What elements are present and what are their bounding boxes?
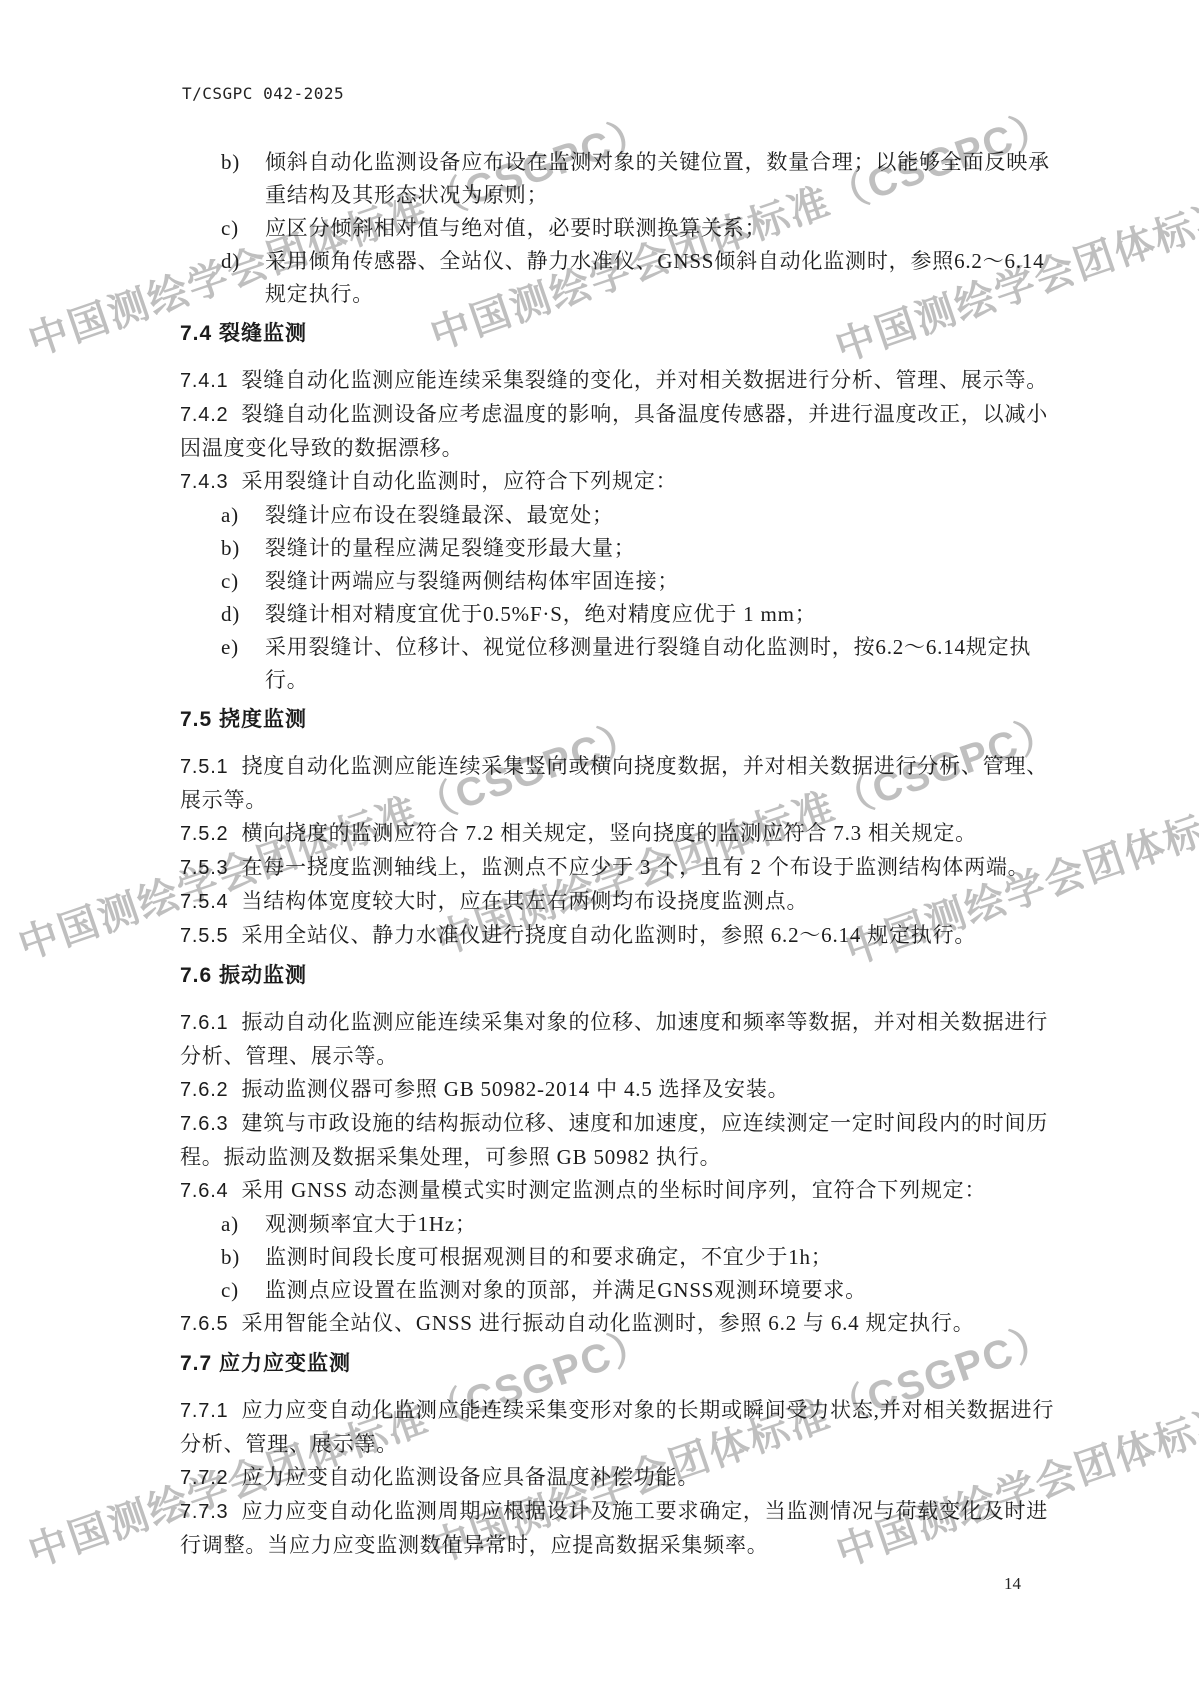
list-item-label: a) xyxy=(221,499,239,532)
clause-text: 当结构体宽度较大时，应在其左右两侧均布设挠度监测点。 xyxy=(241,889,808,913)
list-item-text: 裂缝计的量程应满足裂缝变形最大量； xyxy=(265,536,636,560)
clause: 7.6.3建筑与市政设施的结构振动位移、速度和加速度，应连续测定一定时间段内的时… xyxy=(180,1107,1055,1174)
list-item-label: a) xyxy=(221,1208,239,1241)
clause-text: 裂缝自动化监测设备应考虑温度的影响，具备温度传感器，并进行温度改正，以减小因温度… xyxy=(180,402,1048,460)
list-item-label: e) xyxy=(221,631,239,664)
clause: 7.5.2横向挠度的监测应符合 7.2 相关规定，竖向挠度的监测应符合 7.3 … xyxy=(180,817,1055,851)
list-item-text: 裂缝计应布设在裂缝最深、最宽处； xyxy=(265,503,614,527)
list-item-text: 采用裂缝计、位移计、视觉位移测量进行裂缝自动化监测时，按6.2～6.14规定执行… xyxy=(265,635,1031,692)
list-item-text: 倾斜自动化监测设备应布设在监测对象的关键位置，数量合理；以能够全面反映承重结构及… xyxy=(265,150,1050,207)
clause-text: 应力应变自动化监测应能连续采集变形对象的长期或瞬间受力状态,并对相关数据进行分析… xyxy=(180,1398,1054,1456)
clause-number: 7.7.3 xyxy=(180,1501,228,1523)
clause: 7.5.5采用全站仪、静力水准仪进行挠度自动化监测时，参照 6.2～6.14 规… xyxy=(180,919,1055,953)
clause-number: 7.6.2 xyxy=(180,1079,228,1101)
intro-list: b) 倾斜自动化监测设备应布设在监测对象的关键位置，数量合理；以能够全面反映承重… xyxy=(180,146,1055,311)
list-item-label: c) xyxy=(221,1274,239,1307)
clause-text: 横向挠度的监测应符合 7.2 相关规定，竖向挠度的监测应符合 7.3 相关规定。 xyxy=(241,821,977,845)
list-item-text: 监测时间段长度可根据观测目的和要求确定，不宜少于1h； xyxy=(265,1245,833,1269)
clause: 7.5.4当结构体宽度较大时，应在其左右两侧均布设挠度监测点。 xyxy=(180,885,1055,919)
clause-number: 7.4.3 xyxy=(180,471,228,493)
section-heading: 7.7 应力应变监测 xyxy=(180,1347,1055,1380)
clause: 7.6.1振动自动化监测应能连续采集对象的位移、加速度和频率等数据，并对相关数据… xyxy=(180,1006,1055,1073)
clause: 7.4.1裂缝自动化监测应能连续采集裂缝的变化，并对相关数据进行分析、管理、展示… xyxy=(180,364,1055,398)
document-page: 中国测绘学会团体标准（CSGPC） 中国测绘学会团体标准（CSGPC） 中国测绘… xyxy=(0,0,1199,1696)
list-item-label: b) xyxy=(221,532,240,565)
clause-number: 7.7.1 xyxy=(180,1400,228,1422)
list-item-text: 观测频率宜大于1Hz； xyxy=(265,1212,477,1236)
clause: 7.4.2裂缝自动化监测设备应考虑温度的影响，具备温度传感器，并进行温度改正，以… xyxy=(180,398,1055,465)
list-item: a) 观测频率宜大于1Hz； xyxy=(180,1208,1055,1241)
clause-text: 采用智能全站仪、GNSS 进行振动自动化监测时，参照 6.2 与 6.4 规定执… xyxy=(241,1311,974,1335)
list-item-label: d) xyxy=(221,245,240,278)
clause-text: 应力应变自动化监测设备应具备温度补偿功能。 xyxy=(241,1465,699,1489)
list-item: e) 采用裂缝计、位移计、视觉位移测量进行裂缝自动化监测时，按6.2～6.14规… xyxy=(180,631,1055,697)
clause-text: 挠度自动化监测应能连续采集竖向或横向挠度数据，并对相关数据进行分析、管理、展示等… xyxy=(180,754,1048,812)
list-item-label: d) xyxy=(221,598,240,631)
clause: 7.7.1应力应变自动化监测应能连续采集变形对象的长期或瞬间受力状态,并对相关数… xyxy=(180,1394,1055,1461)
clause: 7.4.3采用裂缝计自动化监测时，应符合下列规定： xyxy=(180,465,1055,499)
page-number: 14 xyxy=(1004,1574,1021,1594)
clause: 7.7.2应力应变自动化监测设备应具备温度补偿功能。 xyxy=(180,1461,1055,1495)
clause-number: 7.6.3 xyxy=(180,1113,228,1135)
clause-sublist: a) 裂缝计应布设在裂缝最深、最宽处； b) 裂缝计的量程应满足裂缝变形最大量；… xyxy=(180,499,1055,697)
list-item-text: 采用倾角传感器、全站仪、静力水准仪、GNSS倾斜自动化监测时，参照6.2～6.1… xyxy=(265,249,1045,306)
clause-sublist: a) 观测频率宜大于1Hz； b) 监测时间段长度可根据观测目的和要求确定，不宜… xyxy=(180,1208,1055,1307)
clause: 7.6.5采用智能全站仪、GNSS 进行振动自动化监测时，参照 6.2 与 6.… xyxy=(180,1307,1055,1341)
list-item: b) 裂缝计的量程应满足裂缝变形最大量； xyxy=(180,532,1055,565)
clause: 7.6.2振动监测仪器可参照 GB 50982-2014 中 4.5 选择及安装… xyxy=(180,1073,1055,1107)
clause: 7.6.4采用 GNSS 动态测量模式实时测定监测点的坐标时间序列，宜符合下列规… xyxy=(180,1174,1055,1208)
clause-number: 7.6.4 xyxy=(180,1180,228,1202)
list-item-label: b) xyxy=(221,146,240,179)
clause-text: 采用 GNSS 动态测量模式实时测定监测点的坐标时间序列，宜符合下列规定： xyxy=(241,1178,986,1202)
section-heading: 7.6 振动监测 xyxy=(180,959,1055,992)
list-item: d) 采用倾角传感器、全站仪、静力水准仪、GNSS倾斜自动化监测时，参照6.2～… xyxy=(180,245,1055,311)
clause-text: 振动自动化监测应能连续采集对象的位移、加速度和频率等数据，并对相关数据进行分析、… xyxy=(180,1010,1048,1068)
list-item-text: 裂缝计两端应与裂缝两侧结构体牢固连接； xyxy=(265,569,679,593)
list-item-text: 裂缝计相对精度宜优于0.5%F·S，绝对精度应优于 1 mm； xyxy=(265,602,817,626)
list-item: c) 裂缝计两端应与裂缝两侧结构体牢固连接； xyxy=(180,565,1055,598)
list-item: b) 倾斜自动化监测设备应布设在监测对象的关键位置，数量合理；以能够全面反映承重… xyxy=(180,146,1055,212)
section-heading: 7.5 挠度监测 xyxy=(180,703,1055,736)
section-heading: 7.4 裂缝监测 xyxy=(180,317,1055,350)
list-item: a) 裂缝计应布设在裂缝最深、最宽处； xyxy=(180,499,1055,532)
clause-number: 7.5.3 xyxy=(180,857,228,879)
clause-text: 应力应变自动化监测周期应根据设计及施工要求确定，当监测情况与荷载变化及时进行调整… xyxy=(180,1499,1048,1557)
clause: 7.5.1挠度自动化监测应能连续采集竖向或横向挠度数据，并对相关数据进行分析、管… xyxy=(180,750,1055,817)
list-item: b) 监测时间段长度可根据观测目的和要求确定，不宜少于1h； xyxy=(180,1241,1055,1274)
list-item-text: 应区分倾斜相对值与绝对值，必要时联测换算关系； xyxy=(265,216,766,240)
clause-number: 7.5.4 xyxy=(180,891,228,913)
clause-text: 裂缝自动化监测应能连续采集裂缝的变化，并对相关数据进行分析、管理、展示等。 xyxy=(241,368,1048,392)
clause-number: 7.4.2 xyxy=(180,404,228,426)
clause-text: 采用全站仪、静力水准仪进行挠度自动化监测时，参照 6.2～6.14 规定执行。 xyxy=(241,923,976,947)
clause-number: 7.6.5 xyxy=(180,1313,228,1335)
clause-text: 振动监测仪器可参照 GB 50982-2014 中 4.5 选择及安装。 xyxy=(241,1077,789,1101)
clause-number: 7.7.2 xyxy=(180,1467,228,1489)
clause-text: 采用裂缝计自动化监测时，应符合下列规定： xyxy=(241,469,677,493)
clause: 7.5.3在每一挠度监测轴线上，监测点不应少于 3 个，且有 2 个布设于监测结… xyxy=(180,851,1055,885)
clause-number: 7.5.5 xyxy=(180,925,228,947)
list-item-label: c) xyxy=(221,565,239,598)
clause-number: 7.4.1 xyxy=(180,370,228,392)
clause-number: 7.5.1 xyxy=(180,756,228,778)
list-item: d) 裂缝计相对精度宜优于0.5%F·S，绝对精度应优于 1 mm； xyxy=(180,598,1055,631)
clause-text: 建筑与市政设施的结构振动位移、速度和加速度，应连续测定一定时间段内的时间历程。振… xyxy=(180,1111,1048,1169)
document-body: b) 倾斜自动化监测设备应布设在监测对象的关键位置，数量合理；以能够全面反映承重… xyxy=(180,0,1055,1562)
list-item: c) 监测点应设置在监测对象的顶部，并满足GNSS观测环境要求。 xyxy=(180,1274,1055,1307)
list-item-text: 监测点应设置在监测对象的顶部，并满足GNSS观测环境要求。 xyxy=(265,1278,867,1302)
clause-number: 7.6.1 xyxy=(180,1012,228,1034)
list-item: c) 应区分倾斜相对值与绝对值，必要时联测换算关系； xyxy=(180,212,1055,245)
clause-number: 7.5.2 xyxy=(180,823,228,845)
clause-text: 在每一挠度监测轴线上，监测点不应少于 3 个，且有 2 个布设于监测结构体两端。 xyxy=(241,855,1029,879)
list-item-label: b) xyxy=(221,1241,240,1274)
clause: 7.7.3应力应变自动化监测周期应根据设计及施工要求确定，当监测情况与荷载变化及… xyxy=(180,1495,1055,1562)
list-item-label: c) xyxy=(221,212,239,245)
